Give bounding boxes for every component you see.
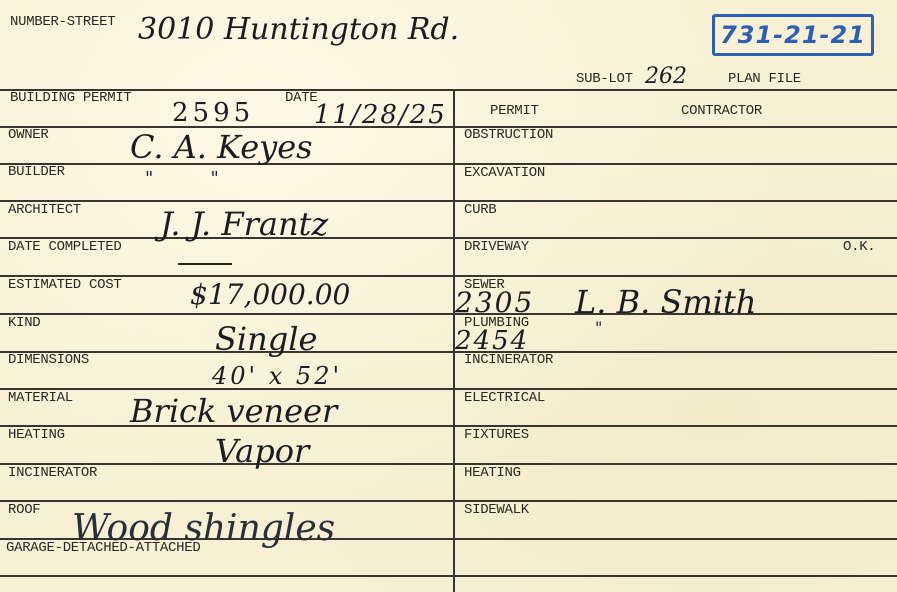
date-completed-label: DATE COMPLETED: [8, 239, 121, 255]
estimated-cost-value: $17,000.00: [190, 278, 350, 311]
plan-file-label: PLAN FILE: [728, 71, 801, 87]
rule: [0, 388, 897, 390]
material-label: MATERIAL: [8, 390, 73, 406]
architect-value: J. J. Frantz: [160, 205, 328, 243]
number-street-label: NUMBER-STREET: [10, 14, 115, 30]
kind-value: Single: [215, 320, 317, 358]
curb-label: CURB: [464, 202, 496, 218]
building-permit-value: 2595: [172, 98, 254, 128]
driveway-status: O.K.: [843, 239, 875, 255]
dimensions-label: DIMENSIONS: [8, 352, 89, 368]
sub-lot-label: SUB-LOT: [576, 71, 633, 87]
date-value: 11/28/25: [314, 100, 447, 130]
rule: [0, 500, 897, 502]
permit-column-header: PERMIT: [490, 103, 539, 119]
driveway-label: DRIVEWAY: [464, 239, 529, 255]
rule: [0, 463, 897, 465]
permit-card: NUMBER-STREET 3010 Huntington Rd. 731-21…: [0, 0, 897, 592]
sewer-contractor-value: L. B. Smith: [575, 283, 756, 321]
owner-label: OWNER: [8, 127, 49, 143]
rule: [0, 89, 897, 91]
electrical-label: ELECTRICAL: [464, 390, 545, 406]
estimated-cost-label: ESTIMATED COST: [8, 277, 121, 293]
underline-mark: [178, 263, 232, 265]
heating-label: HEATING: [8, 427, 65, 443]
heating-value: Vapor: [215, 432, 309, 470]
kind-label: KIND: [8, 315, 40, 331]
architect-label: ARCHITECT: [8, 202, 81, 218]
rule: [0, 351, 897, 353]
roof-label: ROOF: [8, 502, 40, 518]
sub-lot-value: 262: [645, 64, 687, 89]
rule: [0, 575, 897, 577]
incinerator-permit-label: INCINERATOR: [464, 352, 553, 368]
incinerator-label: INCINERATOR: [8, 465, 97, 481]
builder-label: BUILDER: [8, 164, 65, 180]
plumbing-contractor-value: ": [595, 318, 602, 337]
rule: [0, 237, 897, 239]
rule: [0, 200, 897, 202]
heating-permit-label: HEATING: [464, 465, 521, 481]
rule: [0, 313, 897, 315]
contractor-column-header: CONTRACTOR: [681, 103, 762, 119]
excavation-label: EXCAVATION: [464, 165, 545, 181]
rule: [0, 275, 897, 277]
sidewalk-label: SIDEWALK: [464, 502, 529, 518]
material-value: Brick veneer: [130, 392, 337, 430]
dimensions-value: 40' x 52': [212, 362, 342, 390]
fixtures-label: FIXTURES: [464, 427, 529, 443]
garage-label: GARAGE-DETACHED-ATTACHED: [6, 540, 200, 556]
number-street-value: 3010 Huntington Rd.: [138, 12, 459, 47]
building-permit-label: BUILDING PERMIT: [10, 90, 132, 106]
record-number-stamp: 731-21-21: [712, 14, 874, 56]
builder-value: " ": [145, 168, 219, 189]
obstruction-label: OBSTRUCTION: [464, 127, 553, 143]
owner-value: C. A. Keyes: [130, 128, 313, 166]
date-label: DATE: [285, 90, 317, 106]
